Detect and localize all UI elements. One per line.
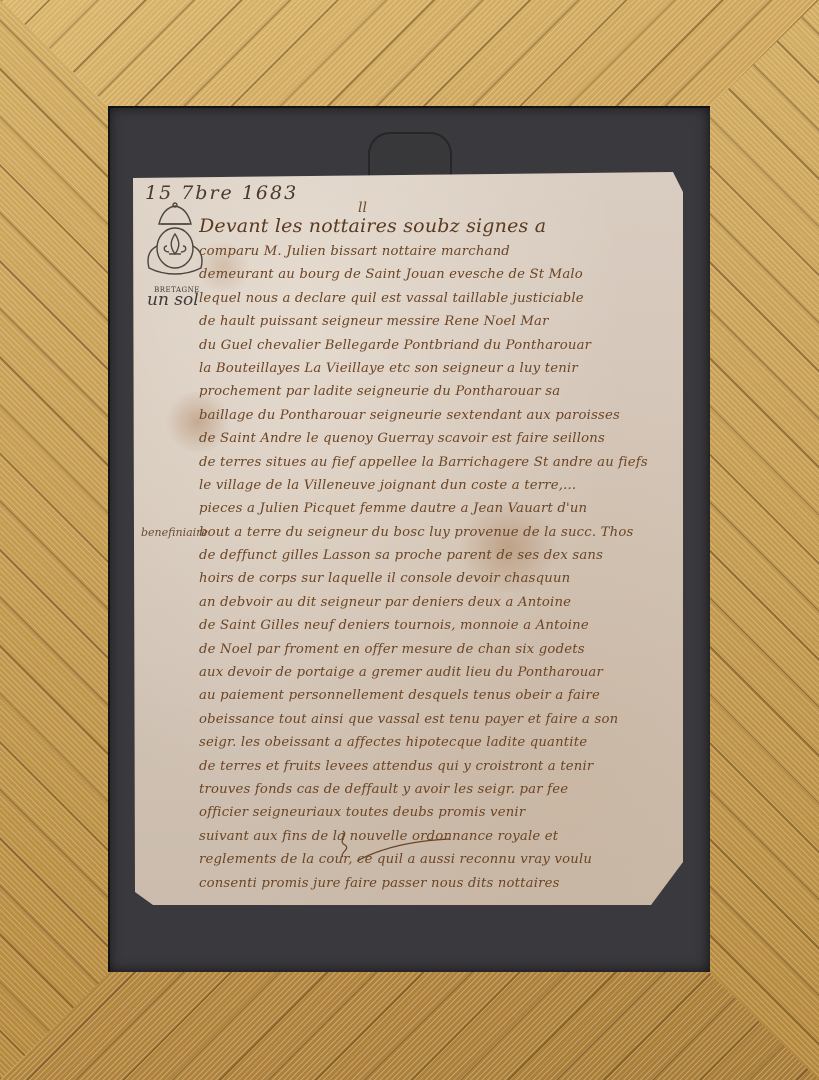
text-line: an debvoir au dit seigneur par deniers d… bbox=[199, 591, 679, 614]
text-line: du Guel chevalier Bellegarde Pontbriand … bbox=[199, 334, 679, 357]
text-line: trouves fonds cas de deffault y avoir le… bbox=[199, 778, 679, 801]
document-date: 15 7bre 1683 bbox=[145, 182, 298, 204]
text-line: de deffunct gilles Lasson sa proche pare… bbox=[199, 544, 679, 567]
text-line: aux devoir de portaige a gremer audit li… bbox=[199, 661, 679, 684]
frame-right-side bbox=[709, 0, 819, 1080]
text-line: la Bouteillayes La Vieillaye etc son sei… bbox=[199, 357, 679, 380]
text-line: demeurant au bourg de Saint Jouan evesch… bbox=[199, 263, 679, 286]
text-line: comparu M. Julien bissart nottaire march… bbox=[199, 240, 679, 263]
signature-paraph-icon bbox=[333, 827, 453, 867]
text-line: obeissance tout ainsi que vassal est ten… bbox=[199, 708, 679, 731]
text-line: seigr. les obeissant a affectes hipotecq… bbox=[199, 731, 679, 754]
manuscript-page: 15 7bre 1683 BRETAGNE un sol ll benefini… bbox=[133, 172, 683, 905]
handwritten-text: Devant les nottaires soubz signes a comp… bbox=[199, 212, 679, 895]
text-line: officier seigneuriaux toutes deubs promi… bbox=[199, 801, 679, 824]
text-line: de Saint Andre le quenoy Guerray scavoir… bbox=[199, 427, 679, 450]
stamp-value: un sol bbox=[147, 290, 199, 310]
text-line: de hault puissant seigneur messire Rene … bbox=[199, 310, 679, 333]
hanger-tab bbox=[368, 132, 452, 178]
text-line: de terres et fruits levees attendus qui … bbox=[199, 755, 679, 778]
text-line: de Noel par froment en offer mesure de c… bbox=[199, 638, 679, 661]
frame-left-side bbox=[0, 0, 110, 1080]
margin-note: benefiniaire bbox=[141, 526, 208, 539]
text-line: Devant les nottaires soubz signes a bbox=[199, 212, 679, 240]
text-line: de Saint Gilles neuf deniers tournois, m… bbox=[199, 614, 679, 637]
text-line: hoirs de corps sur laquelle il console d… bbox=[199, 567, 679, 590]
text-line: baillage du Pontharouar seigneurie sexte… bbox=[199, 404, 679, 427]
text-line: bout a terre du seigneur du bosc luy pro… bbox=[199, 521, 679, 544]
text-line: de terres situes au fief appellee la Bar… bbox=[199, 451, 679, 474]
text-line: lequel nous a declare quil est vassal ta… bbox=[199, 287, 679, 310]
text-line: prochement par ladite seigneurie du Pont… bbox=[199, 380, 679, 403]
text-line: le village de la Villeneuve joignant dun… bbox=[199, 474, 679, 497]
text-line: consenti promis jure faire passer nous d… bbox=[199, 872, 679, 895]
text-line: pieces a Julien Picquet femme dautre a J… bbox=[199, 497, 679, 520]
text-line: au paiement personnellement desquels ten… bbox=[199, 684, 679, 707]
